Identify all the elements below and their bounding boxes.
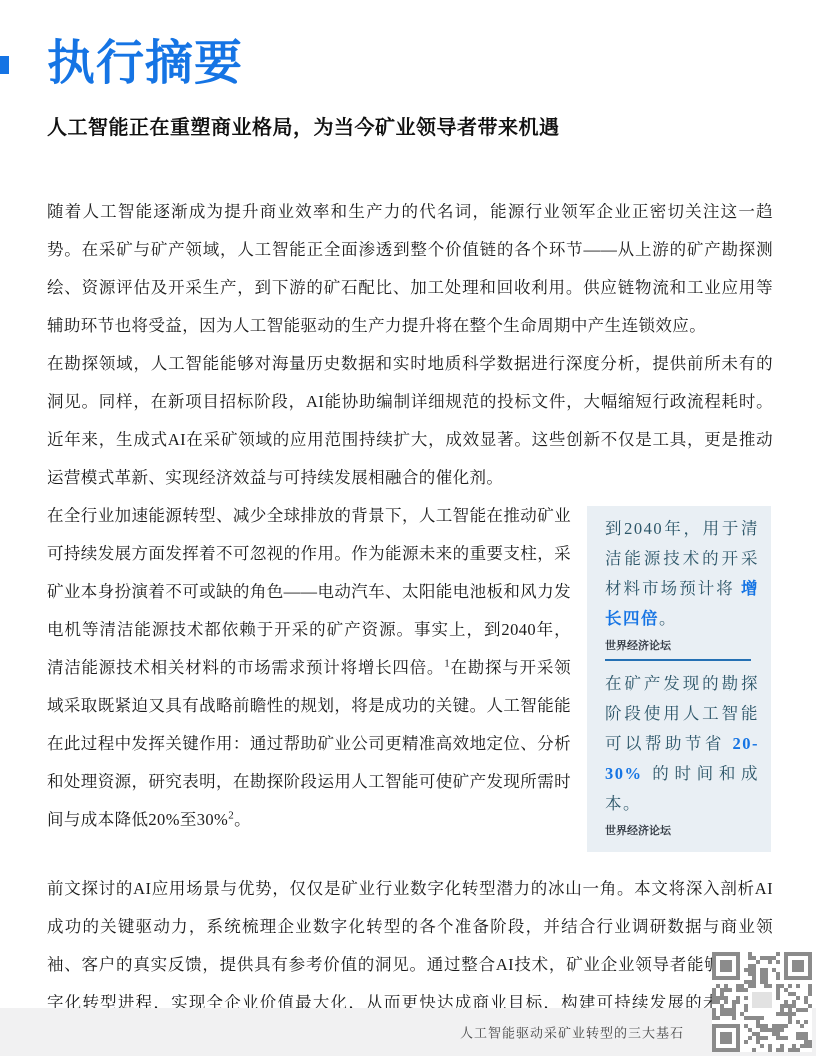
paragraph-3-text: 在全行业加速能源转型、减少全球排放的背景下，人工智能在推动矿业可持续发展方面发挥… <box>47 506 571 677</box>
page-edge-accent <box>0 56 9 74</box>
callout-quote-1: 到2040年，用于清洁能源技术的开采材料市场预计将 增长四倍。 <box>605 514 759 634</box>
document-page: 执行摘要 人工智能正在重塑商业格局，为当今矿业领导者带来机遇 随着人工智能逐渐成… <box>0 0 816 1056</box>
quote-text: 到2040年，用于清洁能源技术的开采材料市场预计将 <box>605 519 759 598</box>
paragraph-3-text: 。 <box>234 810 251 829</box>
paragraph-1: 随着人工智能逐渐成为提升商业效率和生产力的代名词，能源行业领军企业正密切关注这一… <box>47 193 773 345</box>
footer-running-title: 人工智能驱动采矿业转型的三大基石 <box>460 1023 684 1042</box>
callout-source-1: 世界经济论坛 <box>605 637 759 653</box>
callout-quote-2: 在矿产发现的勘探阶段使用人工智能可以帮助节省 20-30% 的时间和成本。 <box>605 669 759 819</box>
paragraph-2: 在勘探领域，人工智能能够对海量历史数据和实时地质科学数据进行深度分析，提供前所未… <box>47 345 773 497</box>
callout-box: 到2040年，用于清洁能源技术的开采材料市场预计将 增长四倍。 世界经济论坛 在… <box>587 506 771 852</box>
paragraph-3-text: 在勘探与开采领域采取既紧迫又具有战略前瞻性的规划，将是成功的关键。人工智能能在此… <box>47 658 571 829</box>
page-title: 执行摘要 <box>47 36 773 91</box>
callout-source-2: 世界经济论坛 <box>605 822 759 838</box>
qr-code <box>711 952 813 1052</box>
page-subtitle: 人工智能正在重塑商业格局，为当今矿业领导者带来机遇 <box>47 115 773 141</box>
footer-bar: 人工智能驱动采矿业转型的三大基石 <box>0 1008 816 1056</box>
paragraph-3-block: 到2040年，用于清洁能源技术的开采材料市场预计将 增长四倍。 世界经济论坛 在… <box>47 497 773 858</box>
page-content: 执行摘要 人工智能正在重塑商业格局，为当今矿业领导者带来机遇 随着人工智能逐渐成… <box>47 0 773 1056</box>
quote-text: 。 <box>659 609 677 628</box>
callout-divider <box>605 659 751 661</box>
